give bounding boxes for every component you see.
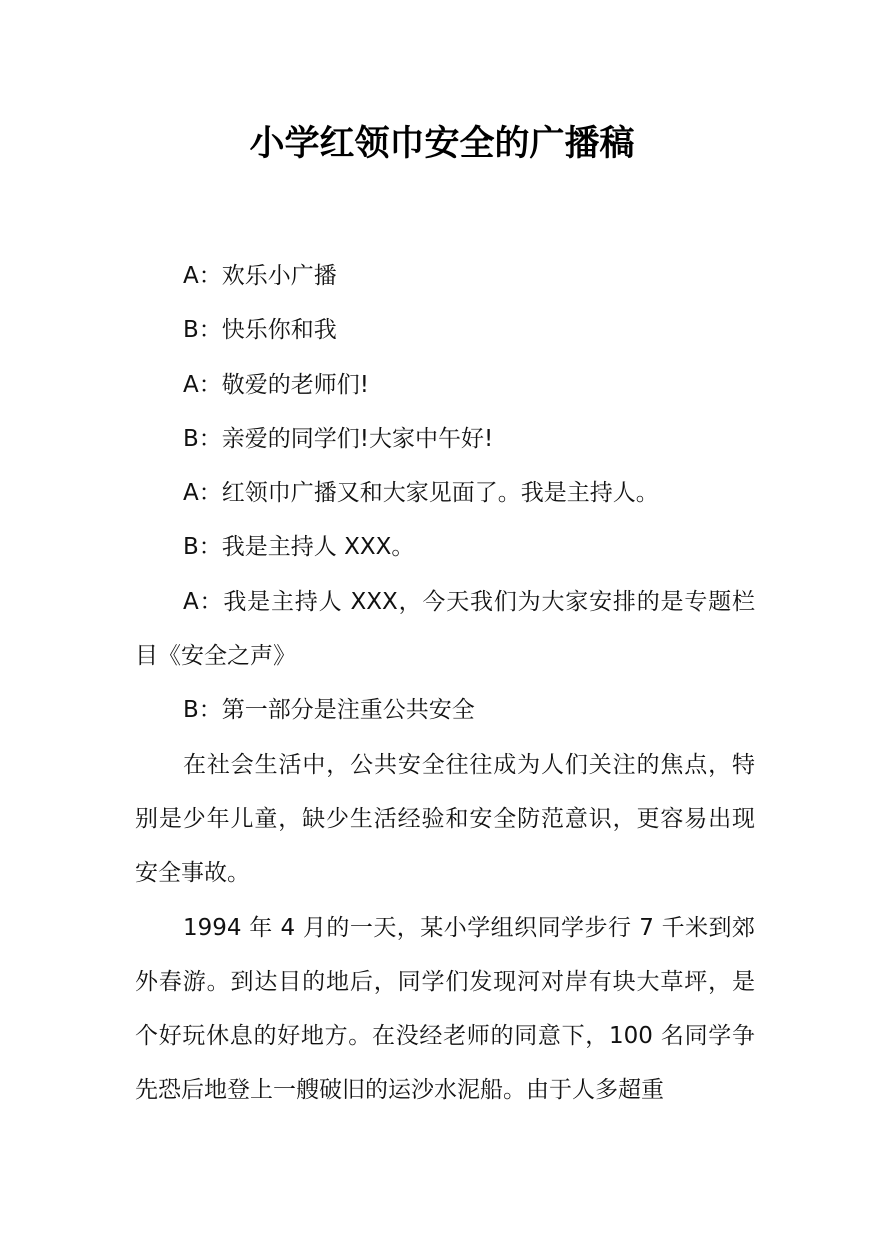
dialogue-line-b-host: B：我是主持人 XXX。 [135, 520, 755, 574]
paragraph-public-safety: 在社会生活中，公共安全往往成为人们关注的焦点，特别是少年儿童，缺少生活经验和安全… [135, 738, 755, 901]
paragraph-story-1994: 1994 年 4 月的一天，某小学组织同学步行 7 千米到郊外春游。到达目的地后… [135, 901, 755, 1118]
dialogue-line-a-teachers: A：敬爱的老师们! [135, 358, 755, 412]
dialogue-line-b-students: B：亲爱的同学们!大家中午好! [135, 412, 755, 466]
document-body: A：欢乐小广播 B：快乐你和我 A：敬爱的老师们! B：亲爱的同学们!大家中午好… [135, 249, 755, 1118]
dialogue-line-b-happy: B：快乐你和我 [135, 303, 755, 357]
dialogue-line-a-topic: A：我是主持人 XXX，今天我们为大家安排的是专题栏目《安全之声》 [135, 575, 755, 684]
dialogue-line-a-welcome: A：欢乐小广播 [135, 249, 755, 303]
dialogue-line-a-host: A：红领巾广播又和大家见面了。我是主持人。 [135, 466, 755, 520]
document-page: 小学红领巾安全的广播稿 A：欢乐小广播 B：快乐你和我 A：敬爱的老师们! B：… [0, 0, 884, 1250]
dialogue-line-b-section: B：第一部分是注重公共安全 [135, 683, 755, 737]
document-title: 小学红领巾安全的广播稿 [0, 118, 884, 170]
